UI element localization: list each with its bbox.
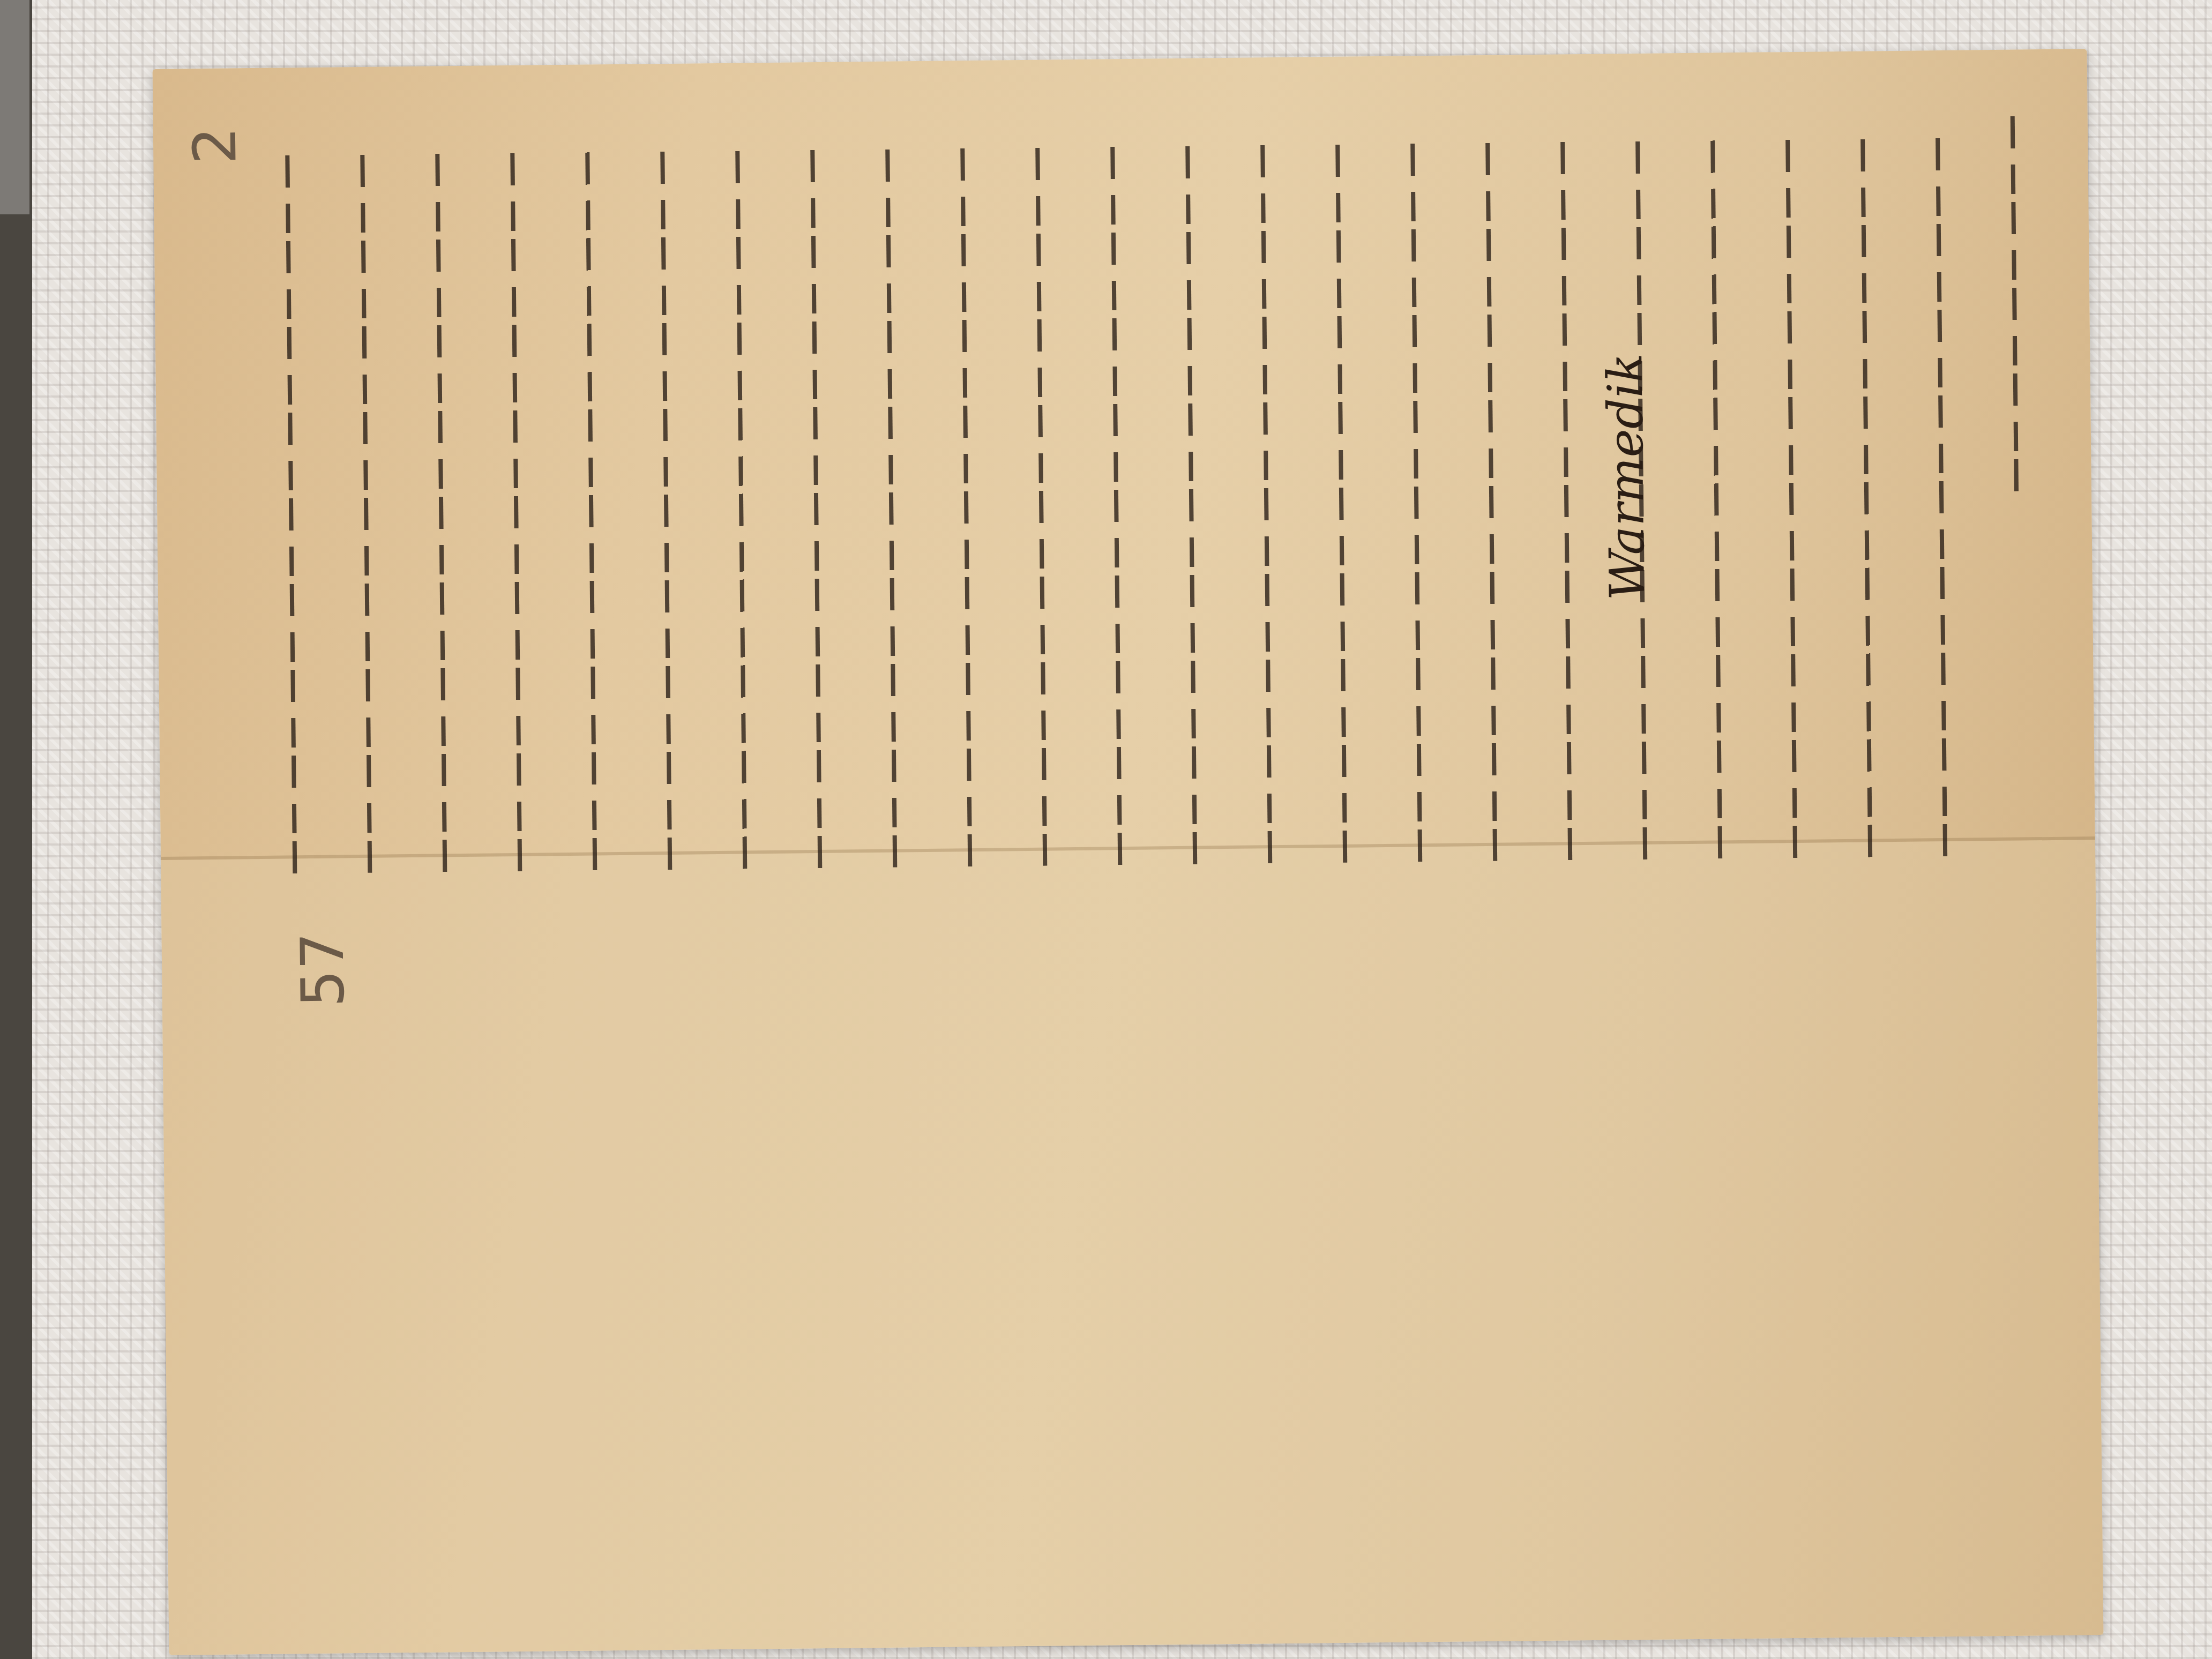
handwriting-line: [1185, 141, 1197, 864]
handwriting-line: [810, 145, 822, 868]
handwriting-line: [1560, 137, 1572, 860]
archival-number-pencil: 57: [288, 932, 357, 1007]
handwriting-line: [585, 147, 597, 870]
emphasized-word: Warmedik: [1597, 353, 1656, 601]
handwriting-line: [2011, 116, 2019, 491]
handwriting-line: [1410, 138, 1422, 862]
handwriting-line: [960, 143, 972, 866]
dark-table-edge: [0, 0, 32, 1659]
page-number-pencil: 2: [181, 126, 250, 165]
handwriting-line: [1035, 143, 1047, 866]
folder-edge: [0, 0, 29, 214]
handwritten-text-block: Warmedik: [276, 113, 2079, 882]
handwriting-line: [285, 150, 297, 873]
handwriting-line: [1485, 138, 1497, 861]
handwriting-line: [1110, 141, 1122, 865]
handwriting-line: [1860, 134, 1872, 857]
handwriting-line: [885, 144, 897, 868]
handwriting-line: [1335, 139, 1347, 863]
handwriting-line: [1260, 140, 1272, 863]
handwriting-line: [1710, 135, 1722, 858]
handwriting-line: [510, 148, 522, 871]
handwriting-line: [435, 148, 447, 872]
handwriting-line: [360, 150, 372, 873]
letter-page: 2 57 Warmedik: [153, 49, 2104, 1655]
handwriting-line: [1935, 133, 1947, 856]
handwriting-line: [735, 146, 747, 869]
lower-blank-half: [161, 840, 2103, 1655]
handwriting-line: [660, 146, 672, 870]
handwriting-line: [1785, 134, 1797, 858]
